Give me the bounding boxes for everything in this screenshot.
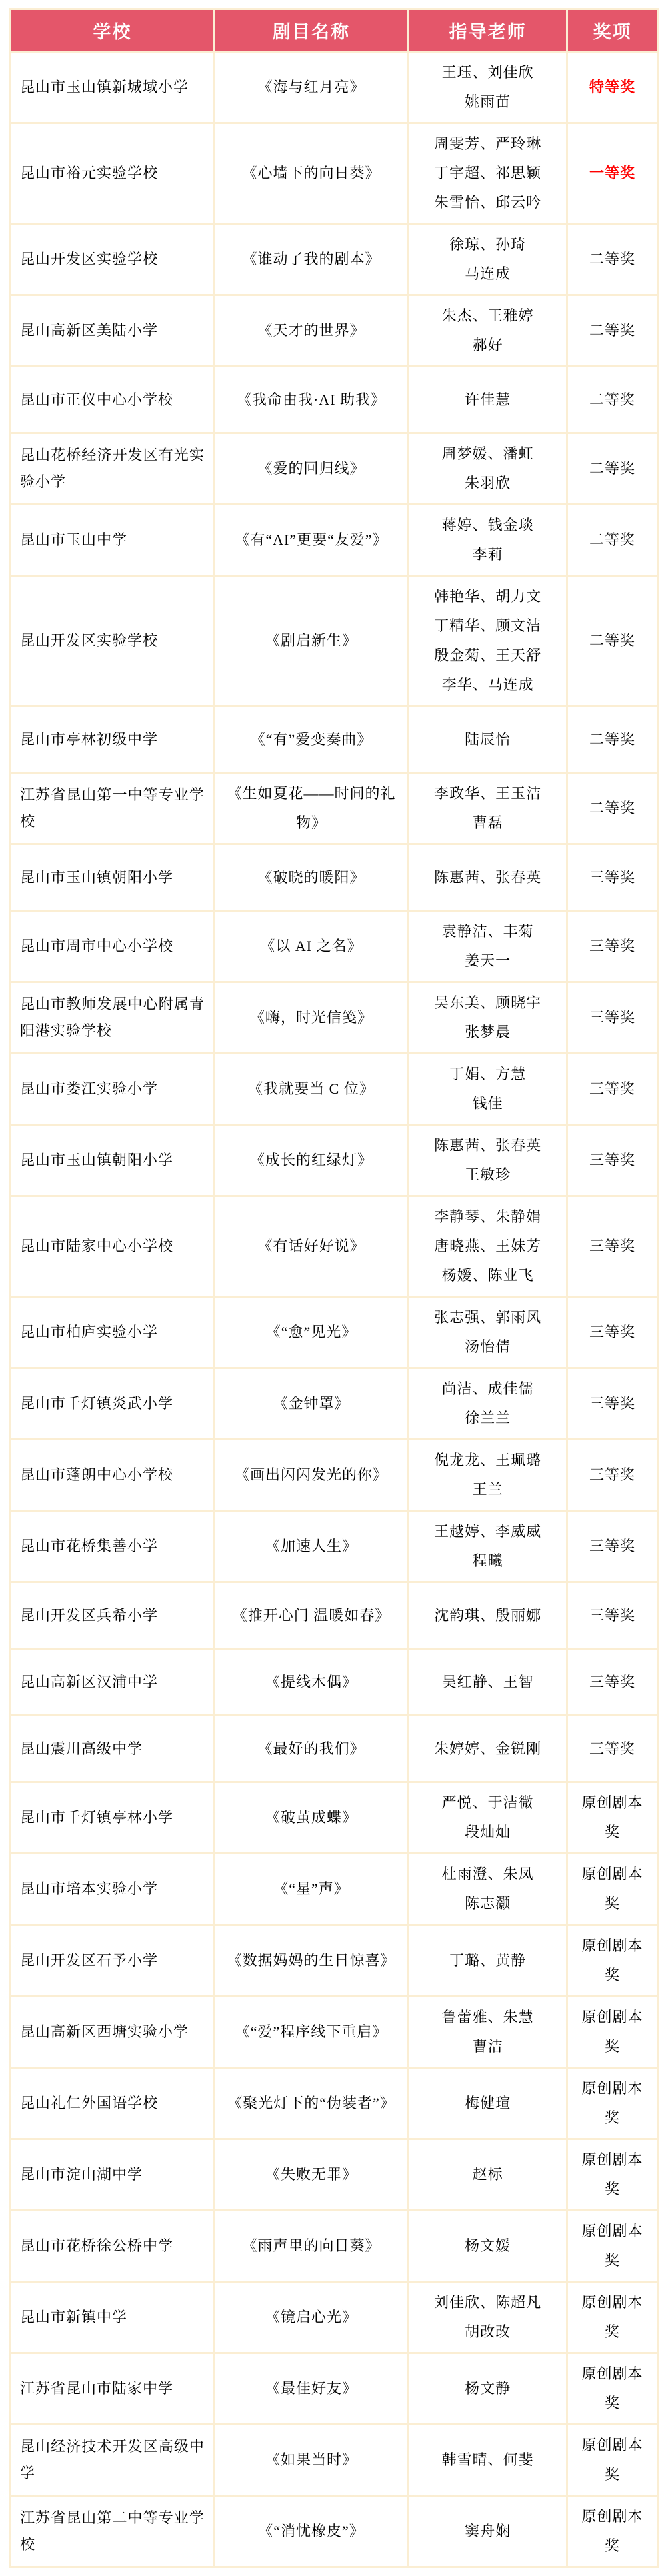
- awards-table: 学校 剧目名称 指导老师 奖项 昆山市玉山镇新城域小学《海与红月亮》王珏、刘佳欣…: [9, 8, 659, 2568]
- teachers-cell: 尚洁、成佳儒 徐兰兰: [409, 1368, 567, 1440]
- teachers-cell: 刘佳欣、陈超凡 胡改改: [409, 2282, 567, 2353]
- school-cell: 昆山市陆家中心小学校: [11, 1196, 215, 1297]
- table-row: 江苏省昆山市陆家中学《最佳好友》杨文静原创剧本奖: [11, 2353, 658, 2425]
- award-cell: 原创剧本奖: [567, 2211, 658, 2282]
- award-cell: 三等奖: [567, 1368, 658, 1440]
- teachers-cell: 杜雨澄、朱凤 陈志灏: [409, 1854, 567, 1925]
- school-cell: 昆山市教师发展中心附属青阳港实验学校: [11, 982, 215, 1054]
- play-title-cell: 《最好的我们》: [214, 1716, 408, 1782]
- teachers-cell: 李政华、王玉洁 曹磊: [409, 773, 567, 844]
- award-cell: 三等奖: [567, 1649, 658, 1716]
- teachers-cell: 吴红静、王智: [409, 1649, 567, 1716]
- school-cell: 昆山高新区美陆小学: [11, 295, 215, 367]
- teachers-cell: 陈惠茜、张春英 王敏珍: [409, 1125, 567, 1196]
- award-cell: 三等奖: [567, 1196, 658, 1297]
- play-title-cell: 《以 AI 之名》: [214, 911, 408, 982]
- play-title-cell: 《爱的回归线》: [214, 433, 408, 505]
- table-row: 昆山市玉山中学《有“AI”更要“友爱”》蒋婷、钱金琰 李莉二等奖: [11, 505, 658, 576]
- award-cell: 二等奖: [567, 773, 658, 844]
- play-title-cell: 《提线木偶》: [214, 1649, 408, 1716]
- teachers-cell: 韩雪晴、何斐: [409, 2425, 567, 2496]
- award-cell: 原创剧本奖: [567, 2425, 658, 2496]
- school-cell: 昆山开发区石予小学: [11, 1925, 215, 1997]
- award-cell: 原创剧本奖: [567, 2068, 658, 2139]
- award-cell: 原创剧本奖: [567, 1782, 658, 1854]
- play-title-cell: 《画出闪闪发光的你》: [214, 1440, 408, 1511]
- award-cell: 二等奖: [567, 505, 658, 576]
- teachers-cell: 周雯芳、严玲琳 丁宇超、祁思颖 朱雪怡、邱云吟: [409, 123, 567, 224]
- table-row: 昆山开发区兵希小学《推开心门 温暖如春》沈韵琪、殷丽娜三等奖: [11, 1582, 658, 1649]
- award-cell: 三等奖: [567, 1125, 658, 1196]
- play-title-cell: 《破茧成蝶》: [214, 1782, 408, 1854]
- table-row: 昆山礼仁外国语学校《聚光灯下的“伪装者”》梅健瑄原创剧本奖: [11, 2068, 658, 2139]
- awards-table-body: 昆山市玉山镇新城域小学《海与红月亮》王珏、刘佳欣 姚雨苗特等奖昆山市裕元实验学校…: [11, 52, 658, 2567]
- play-title-cell: 《推开心门 温暖如春》: [214, 1582, 408, 1649]
- table-row: 昆山市淀山湖中学《失败无罪》赵标原创剧本奖: [11, 2139, 658, 2211]
- teachers-cell: 鲁蕾雅、朱慧 曹洁: [409, 1997, 567, 2068]
- table-row: 昆山高新区汉浦中学《提线木偶》吴红静、王智三等奖: [11, 1649, 658, 1716]
- award-cell: 三等奖: [567, 1054, 658, 1125]
- play-title-cell: 《金钟罩》: [214, 1368, 408, 1440]
- teachers-cell: 倪龙龙、王珮璐 王兰: [409, 1440, 567, 1511]
- table-row: 昆山市教师发展中心附属青阳港实验学校《嗨，时光信笺》吴东美、顾晓宇 张梦晨三等奖: [11, 982, 658, 1054]
- teachers-cell: 陆辰怡: [409, 706, 567, 773]
- table-row: 昆山市玉山镇新城域小学《海与红月亮》王珏、刘佳欣 姚雨苗特等奖: [11, 52, 658, 123]
- school-cell: 昆山市蓬朗中心小学校: [11, 1440, 215, 1511]
- column-header-teachers: 指导老师: [409, 9, 567, 52]
- table-row: 昆山经济技术开发区高级中学《如果当时》韩雪晴、何斐原创剧本奖: [11, 2425, 658, 2496]
- awards-table-wrap: 学校 剧目名称 指导老师 奖项 昆山市玉山镇新城域小学《海与红月亮》王珏、刘佳欣…: [0, 0, 668, 2576]
- table-row: 昆山市周市中心小学校《以 AI 之名》袁静洁、丰菊 姜天一三等奖: [11, 911, 658, 982]
- teachers-cell: 赵标: [409, 2139, 567, 2211]
- table-row: 昆山市千灯镇亭林小学《破茧成蝶》严悦、于洁微 段灿灿原创剧本奖: [11, 1782, 658, 1854]
- teachers-cell: 严悦、于洁微 段灿灿: [409, 1782, 567, 1854]
- column-header-award: 奖项: [567, 9, 658, 52]
- table-row: 昆山市蓬朗中心小学校《画出闪闪发光的你》倪龙龙、王珮璐 王兰三等奖: [11, 1440, 658, 1511]
- award-cell: 二等奖: [567, 295, 658, 367]
- column-header-school: 学校: [11, 9, 215, 52]
- play-title-cell: 《嗨，时光信笺》: [214, 982, 408, 1054]
- teachers-cell: 窦舟娴: [409, 2496, 567, 2567]
- play-title-cell: 《谁动了我的剧本》: [214, 224, 408, 295]
- table-row: 昆山市陆家中心小学校《有话好好说》李静琴、朱静娟 唐晓燕、王妹芳 杨嫒、陈业飞三…: [11, 1196, 658, 1297]
- teachers-cell: 王越婷、李威威 程曦: [409, 1511, 567, 1582]
- table-row: 昆山高新区西塘实验小学《“爱”程序线下重启》鲁蕾雅、朱慧 曹洁原创剧本奖: [11, 1997, 658, 2068]
- play-title-cell: 《我就要当 C 位》: [214, 1054, 408, 1125]
- award-cell: 原创剧本奖: [567, 1925, 658, 1997]
- teachers-cell: 王珏、刘佳欣 姚雨苗: [409, 52, 567, 123]
- award-cell: 三等奖: [567, 911, 658, 982]
- table-row: 昆山市娄江实验小学《我就要当 C 位》丁娟、方慧 钱佳三等奖: [11, 1054, 658, 1125]
- teachers-cell: 朱杰、王雅婷 郝好: [409, 295, 567, 367]
- school-cell: 昆山市柏庐实验小学: [11, 1297, 215, 1368]
- award-cell: 原创剧本奖: [567, 2496, 658, 2567]
- school-cell: 昆山市花桥徐公桥中学: [11, 2211, 215, 2282]
- play-title-cell: 《海与红月亮》: [214, 52, 408, 123]
- play-title-cell: 《如果当时》: [214, 2425, 408, 2496]
- table-row: 昆山市裕元实验学校《心墙下的向日葵》周雯芳、严玲琳 丁宇超、祁思颖 朱雪怡、邱云…: [11, 123, 658, 224]
- school-cell: 江苏省昆山第一中等专业学校: [11, 773, 215, 844]
- award-cell: 二等奖: [567, 576, 658, 706]
- play-title-cell: 《加速人生》: [214, 1511, 408, 1582]
- play-title-cell: 《有话好好说》: [214, 1196, 408, 1297]
- award-cell: 原创剧本奖: [567, 2353, 658, 2425]
- school-cell: 江苏省昆山第二中等专业学校: [11, 2496, 215, 2567]
- award-cell: 特等奖: [567, 52, 658, 123]
- table-row: 江苏省昆山第一中等专业学校《生如夏花——时间的礼物》李政华、王玉洁 曹磊二等奖: [11, 773, 658, 844]
- school-cell: 昆山开发区实验学校: [11, 576, 215, 706]
- award-cell: 二等奖: [567, 706, 658, 773]
- award-cell: 原创剧本奖: [567, 2139, 658, 2211]
- table-row: 昆山市花桥徐公桥中学《雨声里的向日葵》杨文媛原创剧本奖: [11, 2211, 658, 2282]
- play-title-cell: 《天才的世界》: [214, 295, 408, 367]
- teachers-cell: 陈惠茜、张春英: [409, 844, 567, 911]
- play-title-cell: 《雨声里的向日葵》: [214, 2211, 408, 2282]
- teachers-cell: 韩艳华、胡力文 丁精华、顾文洁 殷金菊、王天舒 李华、马连成: [409, 576, 567, 706]
- play-title-cell: 《有“AI”更要“友爱”》: [214, 505, 408, 576]
- teachers-cell: 杨文静: [409, 2353, 567, 2425]
- teachers-cell: 许佳慧: [409, 367, 567, 433]
- table-row: 昆山市花桥集善小学《加速人生》王越婷、李威威 程曦三等奖: [11, 1511, 658, 1582]
- play-title-cell: 《心墙下的向日葵》: [214, 123, 408, 224]
- table-row: 昆山开发区实验学校《剧启新生》韩艳华、胡力文 丁精华、顾文洁 殷金菊、王天舒 李…: [11, 576, 658, 706]
- teachers-cell: 袁静洁、丰菊 姜天一: [409, 911, 567, 982]
- school-cell: 昆山市正仪中心小学校: [11, 367, 215, 433]
- teachers-cell: 梅健瑄: [409, 2068, 567, 2139]
- play-title-cell: 《“爱”程序线下重启》: [214, 1997, 408, 2068]
- play-title-cell: 《镜启心光》: [214, 2282, 408, 2353]
- play-title-cell: 《“愈”见光》: [214, 1297, 408, 1368]
- school-cell: 昆山市亭林初级中学: [11, 706, 215, 773]
- school-cell: 昆山市千灯镇炎武小学: [11, 1368, 215, 1440]
- table-row: 昆山市玉山镇朝阳小学《破晓的暖阳》陈惠茜、张春英三等奖: [11, 844, 658, 911]
- award-cell: 三等奖: [567, 1297, 658, 1368]
- table-row: 昆山开发区石予小学《数据妈妈的生日惊喜》丁璐、黄静原创剧本奖: [11, 1925, 658, 1997]
- header-row: 学校 剧目名称 指导老师 奖项: [11, 9, 658, 52]
- school-cell: 昆山市周市中心小学校: [11, 911, 215, 982]
- award-cell: 二等奖: [567, 433, 658, 505]
- table-row: 昆山花桥经济开发区有光实验小学《爱的回归线》周梦媛、潘虹 朱羽欣二等奖: [11, 433, 658, 505]
- school-cell: 昆山高新区汉浦中学: [11, 1649, 215, 1716]
- play-title-cell: 《剧启新生》: [214, 576, 408, 706]
- award-cell: 原创剧本奖: [567, 2282, 658, 2353]
- teachers-cell: 周梦媛、潘虹 朱羽欣: [409, 433, 567, 505]
- teachers-cell: 吴东美、顾晓宇 张梦晨: [409, 982, 567, 1054]
- table-header: 学校 剧目名称 指导老师 奖项: [11, 9, 658, 52]
- award-cell: 原创剧本奖: [567, 1997, 658, 2068]
- teachers-cell: 丁娟、方慧 钱佳: [409, 1054, 567, 1125]
- award-cell: 三等奖: [567, 1511, 658, 1582]
- table-row: 昆山市正仪中心小学校《我命由我·AI 助我》许佳慧二等奖: [11, 367, 658, 433]
- play-title-cell: 《“消忧橡皮”》: [214, 2496, 408, 2567]
- award-cell: 二等奖: [567, 367, 658, 433]
- table-row: 昆山市千灯镇炎武小学《金钟罩》尚洁、成佳儒 徐兰兰三等奖: [11, 1368, 658, 1440]
- award-cell: 一等奖: [567, 123, 658, 224]
- award-cell: 三等奖: [567, 844, 658, 911]
- table-row: 昆山市新镇中学《镜启心光》刘佳欣、陈超凡 胡改改原创剧本奖: [11, 2282, 658, 2353]
- award-cell: 三等奖: [567, 1716, 658, 1782]
- award-cell: 原创剧本奖: [567, 1854, 658, 1925]
- play-title-cell: 《成长的红绿灯》: [214, 1125, 408, 1196]
- table-row: 昆山开发区实验学校《谁动了我的剧本》徐琼、孙琦 马连成二等奖: [11, 224, 658, 295]
- teachers-cell: 蒋婷、钱金琰 李莉: [409, 505, 567, 576]
- teachers-cell: 沈韵琪、殷丽娜: [409, 1582, 567, 1649]
- school-cell: 昆山高新区西塘实验小学: [11, 1997, 215, 2068]
- teachers-cell: 杨文媛: [409, 2211, 567, 2282]
- award-cell: 三等奖: [567, 982, 658, 1054]
- play-title-cell: 《“星”声》: [214, 1854, 408, 1925]
- play-title-cell: 《生如夏花——时间的礼物》: [214, 773, 408, 844]
- school-cell: 昆山市玉山镇新城域小学: [11, 52, 215, 123]
- teachers-cell: 朱婷婷、金锐刚: [409, 1716, 567, 1782]
- school-cell: 昆山礼仁外国语学校: [11, 2068, 215, 2139]
- table-row: 昆山市培本实验小学《“星”声》杜雨澄、朱凤 陈志灏原创剧本奖: [11, 1854, 658, 1925]
- play-title-cell: 《聚光灯下的“伪装者”》: [214, 2068, 408, 2139]
- school-cell: 昆山震川高级中学: [11, 1716, 215, 1782]
- teachers-cell: 丁璐、黄静: [409, 1925, 567, 1997]
- award-cell: 三等奖: [567, 1440, 658, 1511]
- school-cell: 昆山市裕元实验学校: [11, 123, 215, 224]
- school-cell: 昆山市淀山湖中学: [11, 2139, 215, 2211]
- table-row: 江苏省昆山第二中等专业学校《“消忧橡皮”》窦舟娴原创剧本奖: [11, 2496, 658, 2567]
- play-title-cell: 《“有”爱变奏曲》: [214, 706, 408, 773]
- play-title-cell: 《破晓的暖阳》: [214, 844, 408, 911]
- teachers-cell: 张志强、郭雨风 汤怡倩: [409, 1297, 567, 1368]
- column-header-play: 剧目名称: [214, 9, 408, 52]
- school-cell: 昆山市玉山镇朝阳小学: [11, 1125, 215, 1196]
- table-row: 昆山市玉山镇朝阳小学《成长的红绿灯》陈惠茜、张春英 王敏珍三等奖: [11, 1125, 658, 1196]
- table-row: 昆山震川高级中学《最好的我们》朱婷婷、金锐刚三等奖: [11, 1716, 658, 1782]
- school-cell: 昆山市花桥集善小学: [11, 1511, 215, 1582]
- school-cell: 昆山开发区兵希小学: [11, 1582, 215, 1649]
- school-cell: 昆山开发区实验学校: [11, 224, 215, 295]
- school-cell: 昆山市千灯镇亭林小学: [11, 1782, 215, 1854]
- play-title-cell: 《我命由我·AI 助我》: [214, 367, 408, 433]
- table-row: 昆山市柏庐实验小学《“愈”见光》张志强、郭雨风 汤怡倩三等奖: [11, 1297, 658, 1368]
- play-title-cell: 《最佳好友》: [214, 2353, 408, 2425]
- school-cell: 昆山市娄江实验小学: [11, 1054, 215, 1125]
- teachers-cell: 李静琴、朱静娟 唐晓燕、王妹芳 杨嫒、陈业飞: [409, 1196, 567, 1297]
- school-cell: 昆山市新镇中学: [11, 2282, 215, 2353]
- award-cell: 三等奖: [567, 1582, 658, 1649]
- table-row: 昆山市亭林初级中学《“有”爱变奏曲》陆辰怡二等奖: [11, 706, 658, 773]
- table-row: 昆山高新区美陆小学《天才的世界》朱杰、王雅婷 郝好二等奖: [11, 295, 658, 367]
- play-title-cell: 《失败无罪》: [214, 2139, 408, 2211]
- award-cell: 二等奖: [567, 224, 658, 295]
- school-cell: 昆山花桥经济开发区有光实验小学: [11, 433, 215, 505]
- school-cell: 昆山市玉山镇朝阳小学: [11, 844, 215, 911]
- teachers-cell: 徐琼、孙琦 马连成: [409, 224, 567, 295]
- play-title-cell: 《数据妈妈的生日惊喜》: [214, 1925, 408, 1997]
- school-cell: 江苏省昆山市陆家中学: [11, 2353, 215, 2425]
- school-cell: 昆山市玉山中学: [11, 505, 215, 576]
- school-cell: 昆山经济技术开发区高级中学: [11, 2425, 215, 2496]
- school-cell: 昆山市培本实验小学: [11, 1854, 215, 1925]
